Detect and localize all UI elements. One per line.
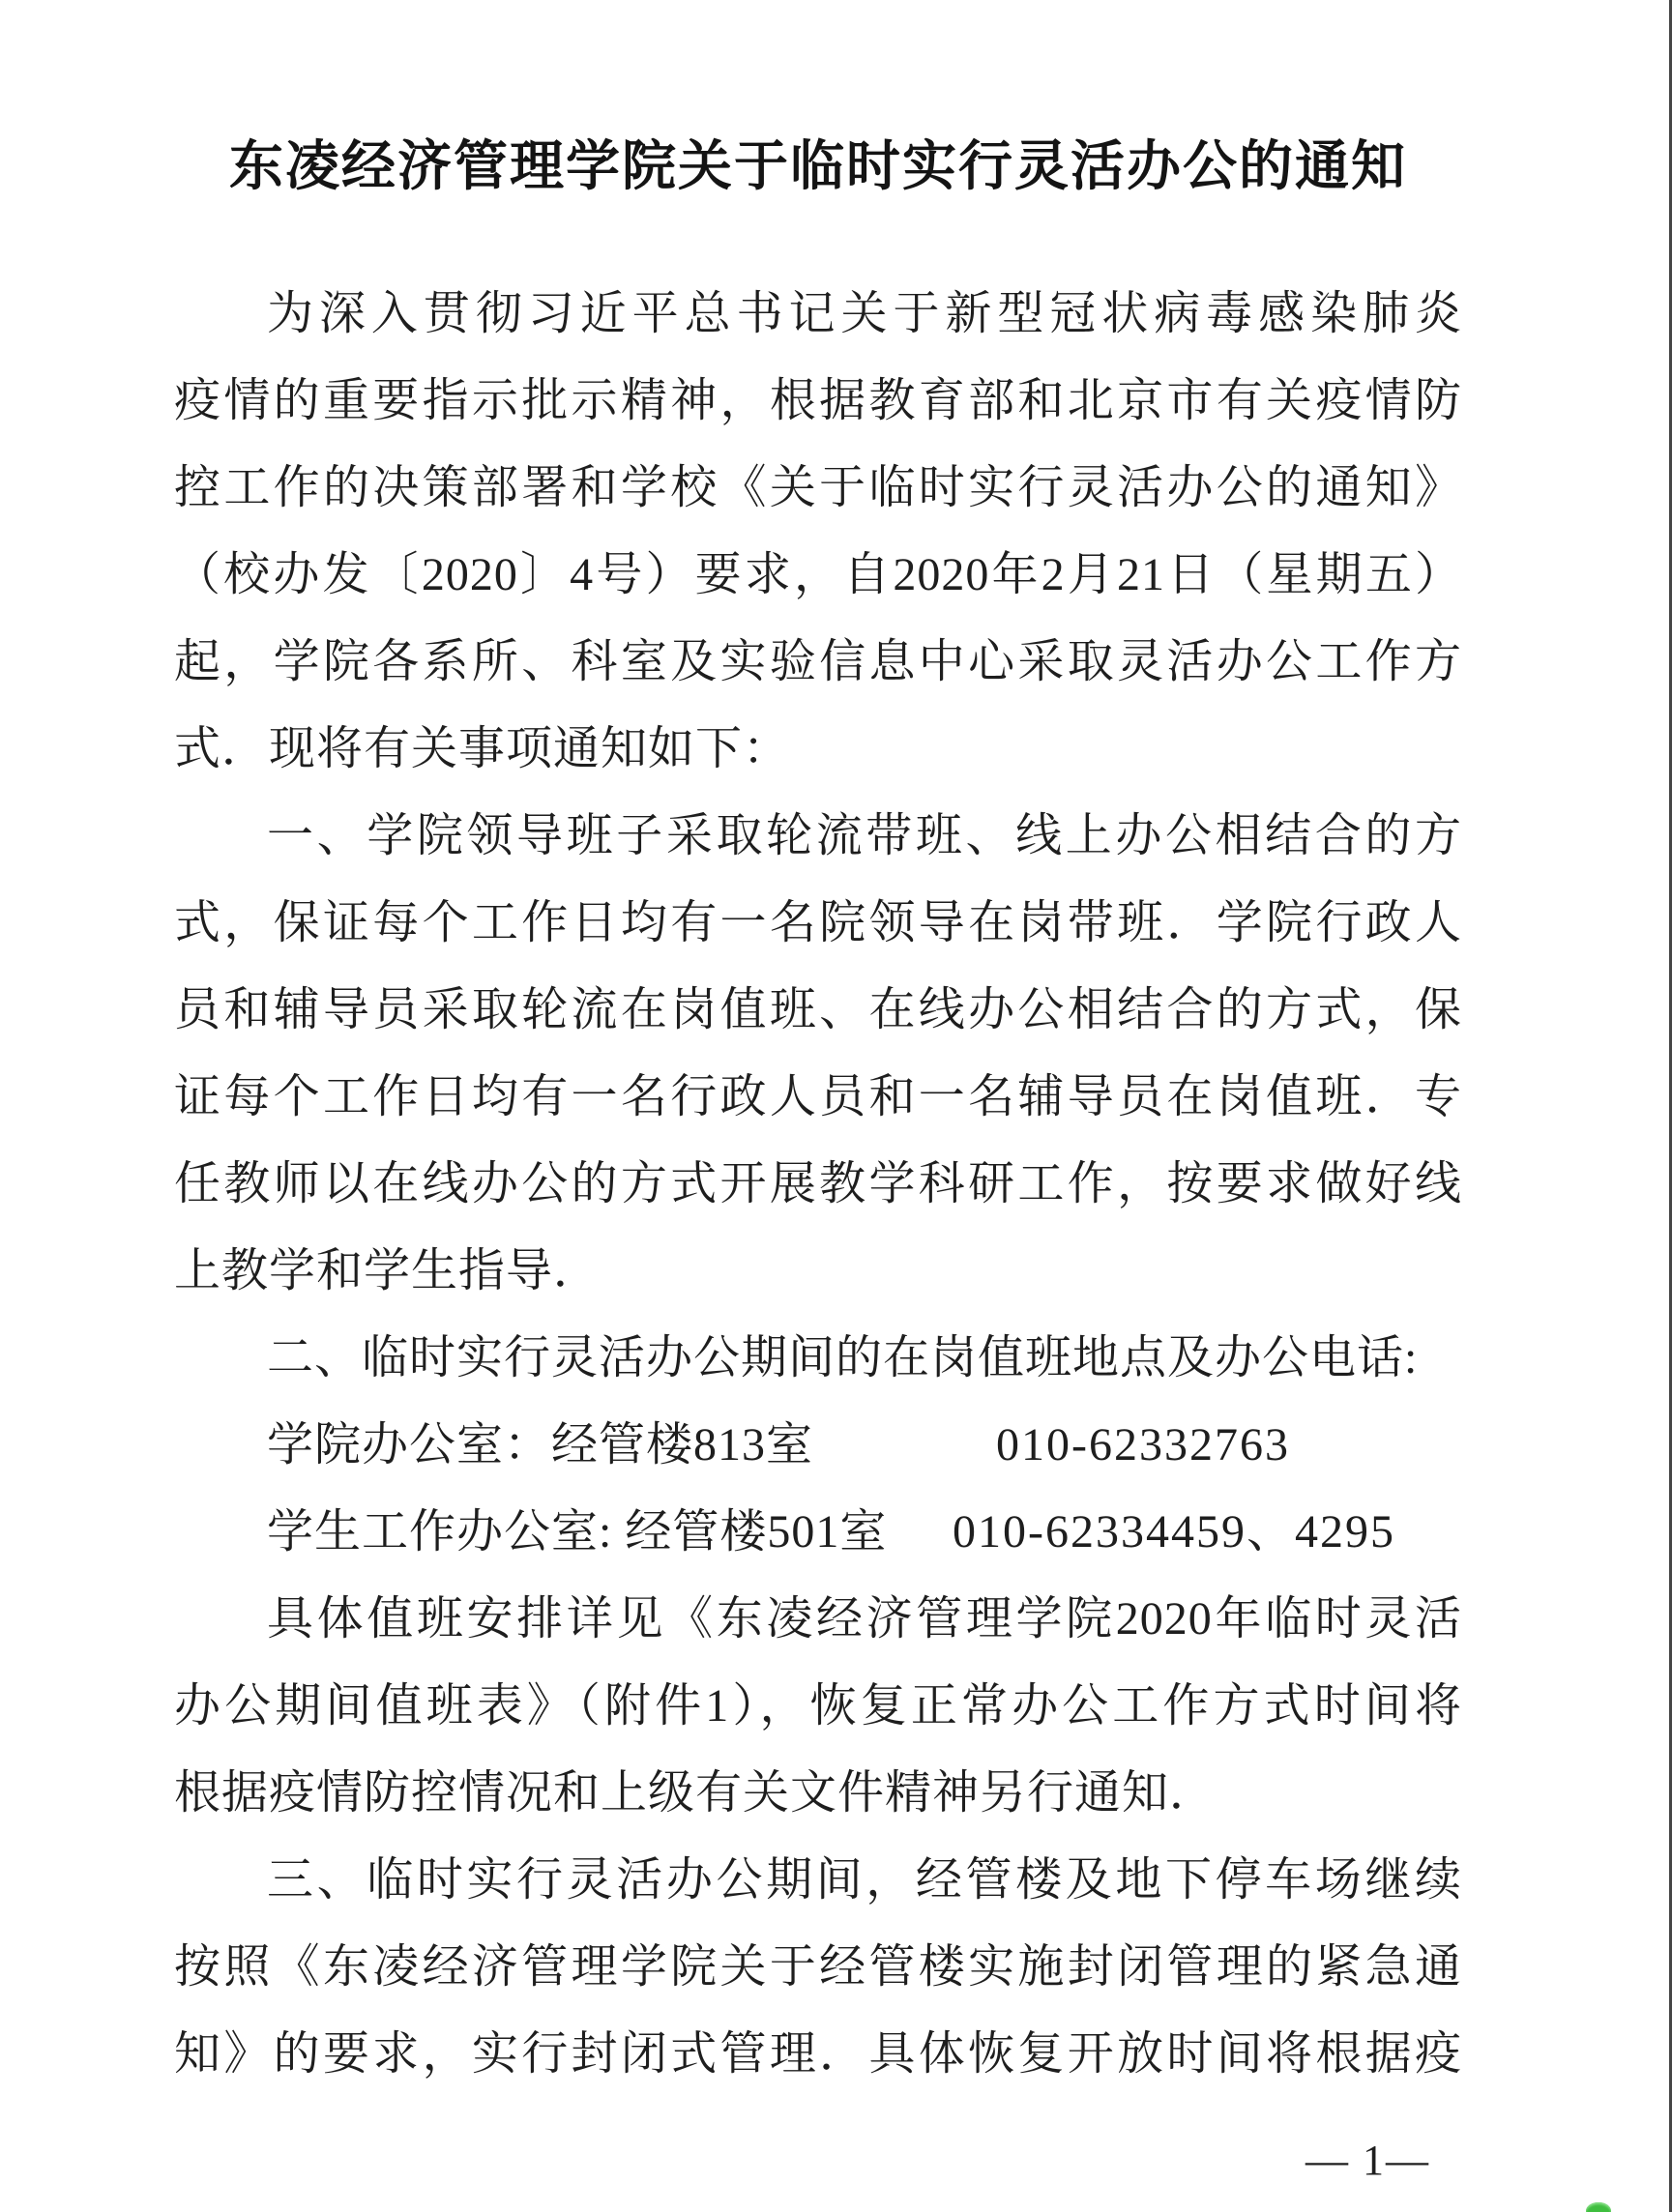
phone-row: 学院办公室：经管楼813室010-62332763 (174, 1402, 1462, 1489)
document-page: 东凌经济管理学院关于临时实行灵活办公的通知 为深入贯彻习近平总书记关于新型冠状病… (0, 0, 1672, 2212)
text-line: 证每个工作日均有一名行政人员和一名辅导员在岗值班．专 (174, 1054, 1462, 1141)
text-line: 控工作的决策部署和学校《关于临时实行灵活办公的通知》 (174, 445, 1462, 532)
page-number: — 1— (1305, 2132, 1430, 2190)
phone-number: 010-62334459、4295 (953, 1489, 1395, 1576)
text-line: 按照《东凌经济管理学院关于经管楼实施封闭管理的紧急通 (174, 1924, 1462, 2011)
text-line: 员和辅导员采取轮流在岗值班、在线办公相结合的方式，保 (174, 967, 1462, 1054)
text-line: 一、学院领导班子采取轮流带班、线上办公相结合的方 (174, 793, 1462, 880)
text-line: 办公期间值班表》（附件1），恢复正常办公工作方式时间将 (174, 1663, 1462, 1750)
text-line: 式，保证每个工作日均有一名院领导在岗带班．学院行政人 (174, 880, 1462, 967)
text-line: 起，学院各系所、科室及实验信息中心采取灵活办公工作方 (174, 619, 1462, 706)
page-title: 东凌经济管理学院关于临时实行灵活办公的通知 (174, 126, 1462, 209)
text-line: 上教学和学生指导． (174, 1228, 1462, 1315)
phone-number: 010-62332763 (996, 1402, 1290, 1489)
text-line: 任教师以在线办公的方式开展教学科研工作，按要求做好线 (174, 1141, 1462, 1228)
phone-row: 学生工作办公室: 经管楼501室010-62334459、4295 (174, 1489, 1462, 1576)
text-line: 式．现将有关事项通知如下： (174, 706, 1462, 793)
text-line: 知》的要求，实行封闭式管理．具体恢复开放时间将根据疫 (174, 2011, 1462, 2098)
office-label: 学院办公室：经管楼813室 (267, 1419, 813, 1470)
office-label: 学生工作办公室: 经管楼501室 (267, 1506, 887, 1557)
text-line: 疫情的重要指示批示精神，根据教育部和北京市有关疫情防 (174, 358, 1462, 445)
text-line: （校办发〔2020〕4号）要求，自2020年2月21日（星期五） (174, 532, 1462, 619)
green-dot-icon (1586, 2202, 1611, 2212)
text-line: 二、临时实行灵活办公期间的在岗值班地点及办公电话: (174, 1315, 1462, 1402)
text-line: 具体值班安排详见《东凌经济管理学院2020年临时灵活 (174, 1576, 1462, 1663)
text-line: 为深入贯彻习近平总书记关于新型冠状病毒感染肺炎 (174, 271, 1462, 358)
document-body: 为深入贯彻习近平总书记关于新型冠状病毒感染肺炎疫情的重要指示批示精神，根据教育部… (174, 271, 1462, 2098)
text-line: 根据疫情防控情况和上级有关文件精神另行通知． (174, 1750, 1462, 1837)
text-line: 三、临时实行灵活办公期间，经管楼及地下停车场继续 (174, 1837, 1462, 1924)
